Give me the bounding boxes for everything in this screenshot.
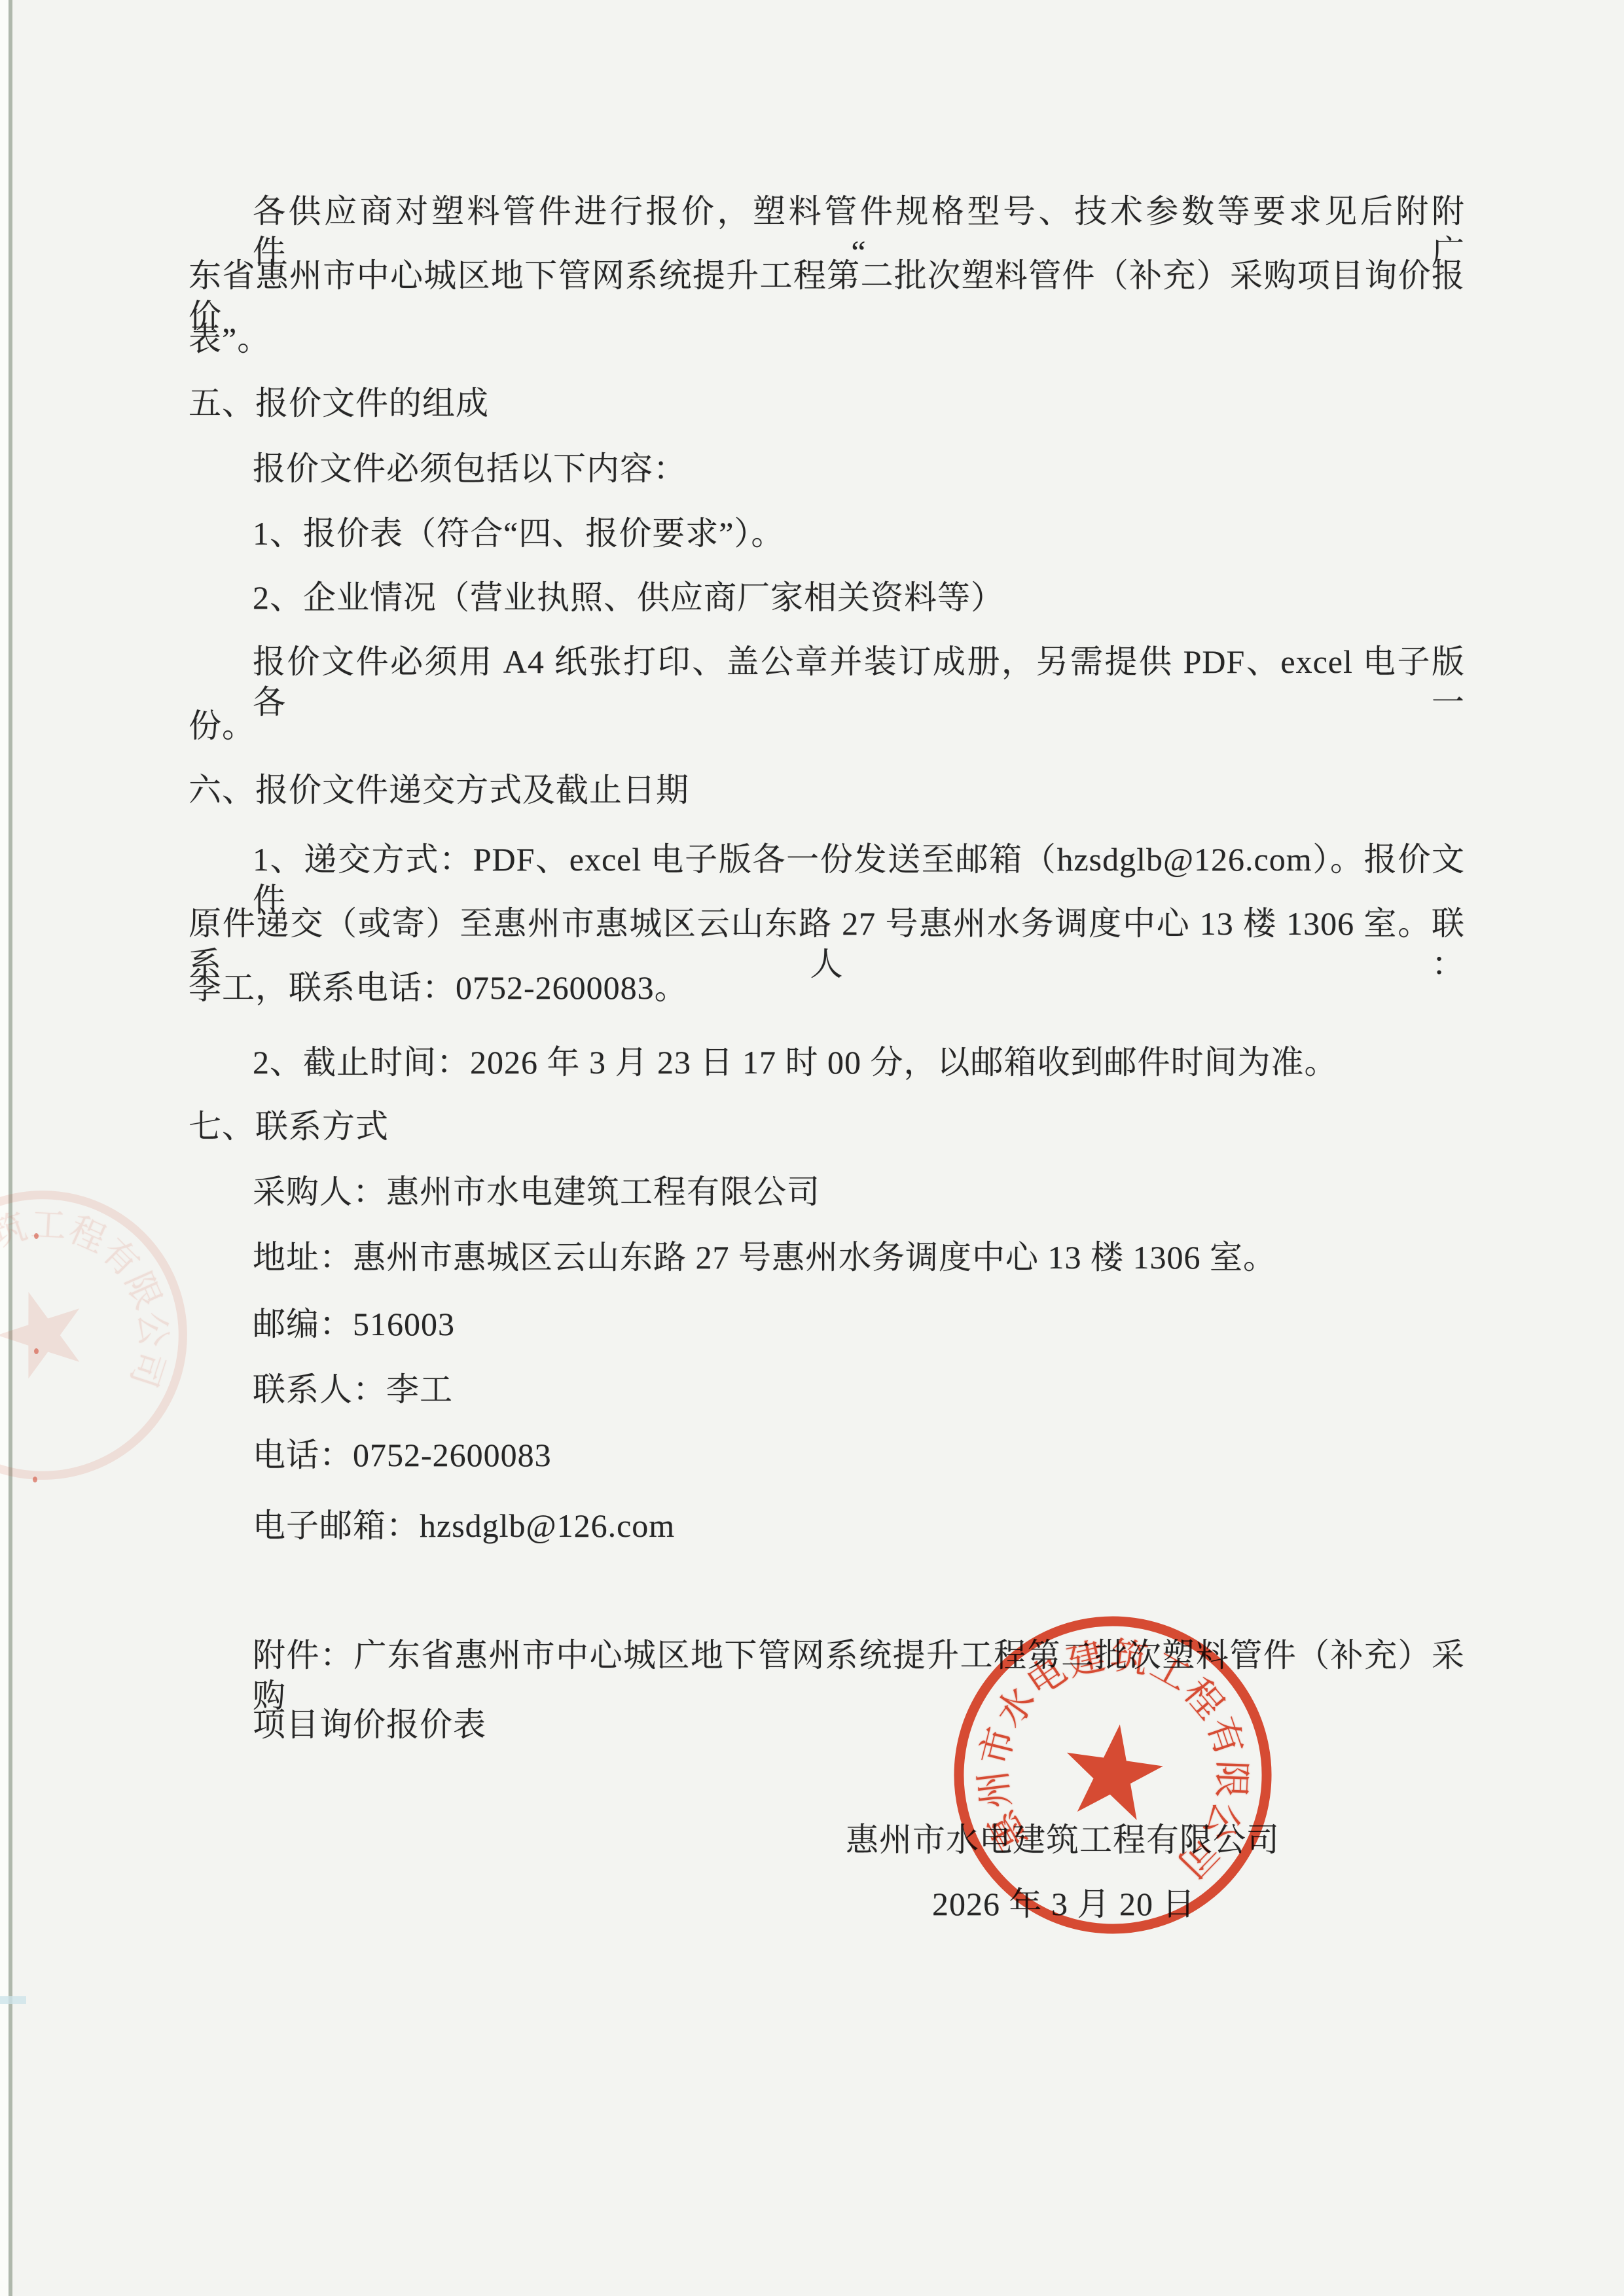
contact-person: 联系人：李工 xyxy=(253,1369,453,1410)
section6-item1-line3: 李工，联系电话：0752-2600083。 xyxy=(189,967,688,1008)
scan-edge-line xyxy=(9,0,12,2296)
section5-item2: 2、企业情况（营业执照、供应商厂家相关资料等） xyxy=(253,577,1004,618)
para1-line3: 表”。 xyxy=(189,319,270,359)
faint-seal-text: 惠州市水电建筑工程有限公司 xyxy=(0,1141,236,1529)
contact-buyer: 采购人：惠州市水电建筑工程有限公司 xyxy=(253,1172,820,1212)
attachment-line2: 项目询价报价表 xyxy=(253,1704,486,1745)
faint-company-seal: 惠州市水电建筑工程有限公司 xyxy=(0,1141,236,1529)
document-page: 惠州市水电建筑工程有限公司 各供应商对塑料管件进行报价，塑料管件规格型号、技术参… xyxy=(0,0,1624,2296)
contact-address: 地址：惠州市惠城区云山东路 27 号惠州水务调度中心 13 楼 1306 室。 xyxy=(253,1237,1276,1278)
seal-circular-text: 惠州市水电建筑工程有限公司 xyxy=(928,1590,1298,1960)
section5-note-line2: 份。 xyxy=(189,706,255,746)
para1-line2: 东省惠州市中心城区地下管网系统提升工程第二批次塑料管件（补充）采购项目询价报价 xyxy=(189,255,1465,336)
section6-item2: 2、截止时间：2026 年 3 月 23 日 17 时 00 分，以邮箱收到邮件… xyxy=(253,1042,1338,1083)
contact-postcode: 邮编：516003 xyxy=(253,1304,455,1344)
section5-note-line1: 报价文件必须用 A4 纸张打印、盖公章并装订成册，另需提供 PDF、excel … xyxy=(253,641,1465,723)
scan-edge-mark xyxy=(0,1996,26,2004)
section7-heading: 七、联系方式 xyxy=(189,1106,389,1147)
section5-intro: 报价文件必须包括以下内容： xyxy=(253,448,687,489)
company-seal-stamp: 惠州市水电建筑工程有限公司 xyxy=(928,1590,1298,1960)
section5-heading: 五、报价文件的组成 xyxy=(189,383,489,423)
section6-heading: 六、报价文件递交方式及截止日期 xyxy=(189,770,689,810)
scan-edge-strip xyxy=(0,0,9,2296)
contact-phone: 电话：0752-2600083 xyxy=(253,1435,552,1475)
section5-item1: 1、报价表（符合“四、报价要求”）。 xyxy=(253,513,784,554)
contact-email: 电子邮箱：hzsdglb@126.com xyxy=(253,1505,675,1546)
